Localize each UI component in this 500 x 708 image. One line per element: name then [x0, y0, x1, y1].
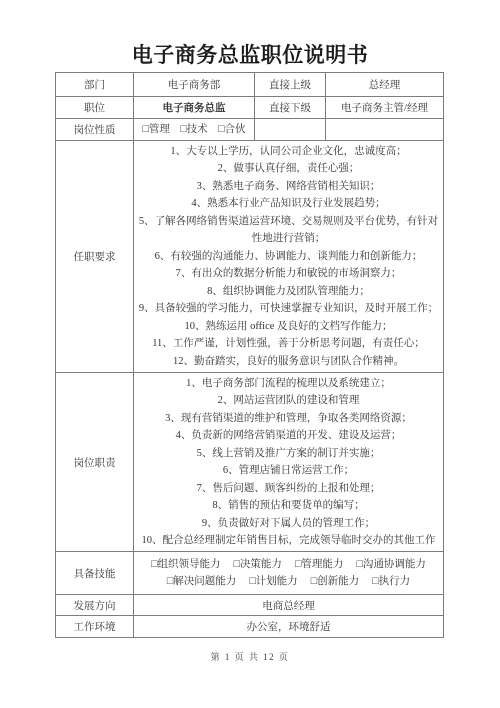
job-nature-options: □管理 □技术 □合伙 — [134, 119, 255, 141]
environment-value: 办公室，环境舒适 — [134, 616, 444, 638]
row-requirements: 任职要求 1、大专以上学历，认同公司企业文化，忠诚度高； 2、做事认真仔细，责任… — [56, 141, 444, 373]
development-value: 电商总经理 — [134, 595, 444, 616]
row-duties: 岗位职责 1、电子商务部门流程的梳理以及系统建立； 2、网站运营团队的建设和管理… — [56, 373, 444, 552]
row-job-nature: 岗位性质 □管理 □技术 □合伙 — [56, 119, 444, 141]
page-number: 第 1 页 共 12 页 — [0, 650, 500, 663]
direct-superior-value: 总经理 — [326, 73, 444, 97]
requirements-list: 1、大专以上学历，认同公司企业文化，忠诚度高； 2、做事认真仔细，责任心强； 3… — [134, 141, 444, 373]
empty-cell — [255, 119, 326, 141]
requirements-label: 任职要求 — [56, 141, 134, 373]
department-label: 部门 — [56, 73, 134, 97]
direct-superior-label: 直接上级 — [255, 73, 326, 97]
job-nature-label: 岗位性质 — [56, 119, 134, 141]
row-environment: 工作环境 办公室，环境舒适 — [56, 616, 444, 638]
row-department: 部门 电子商务部 直接上级 总经理 — [56, 73, 444, 97]
direct-subordinate-label: 直接下级 — [255, 97, 326, 119]
page-title: 电子商务总监职位说明书 — [0, 0, 500, 68]
environment-label: 工作环境 — [56, 616, 134, 638]
job-description-table: 部门 电子商务部 直接上级 总经理 职位 电子商务总监 直接下级 电子商务主管/… — [55, 72, 444, 638]
position-value: 电子商务总监 — [134, 97, 255, 119]
empty-cell — [326, 119, 444, 141]
duties-list: 1、电子商务部门流程的梳理以及系统建立； 2、网站运营团队的建设和管理 3、现有… — [134, 373, 444, 552]
row-development: 发展方向 电商总经理 — [56, 595, 444, 616]
development-label: 发展方向 — [56, 595, 134, 616]
department-value: 电子商务部 — [134, 73, 255, 97]
direct-subordinate-value: 电子商务主管/经理 — [326, 97, 444, 119]
row-skills: 具备技能 □组织领导能力 □决策能力 □管理能力 □沟通协调能力 □解决问题能力… — [56, 552, 444, 595]
skills-label: 具备技能 — [56, 552, 134, 595]
position-label: 职位 — [56, 97, 134, 119]
row-position: 职位 电子商务总监 直接下级 电子商务主管/经理 — [56, 97, 444, 119]
duties-label: 岗位职责 — [56, 373, 134, 552]
skills-options: □组织领导能力 □决策能力 □管理能力 □沟通协调能力 □解决问题能力 □计划能… — [134, 552, 444, 595]
document-page: 电子商务总监职位说明书 部门 电子商务部 直接上级 总经理 职位 电子商务总监 … — [0, 0, 500, 708]
